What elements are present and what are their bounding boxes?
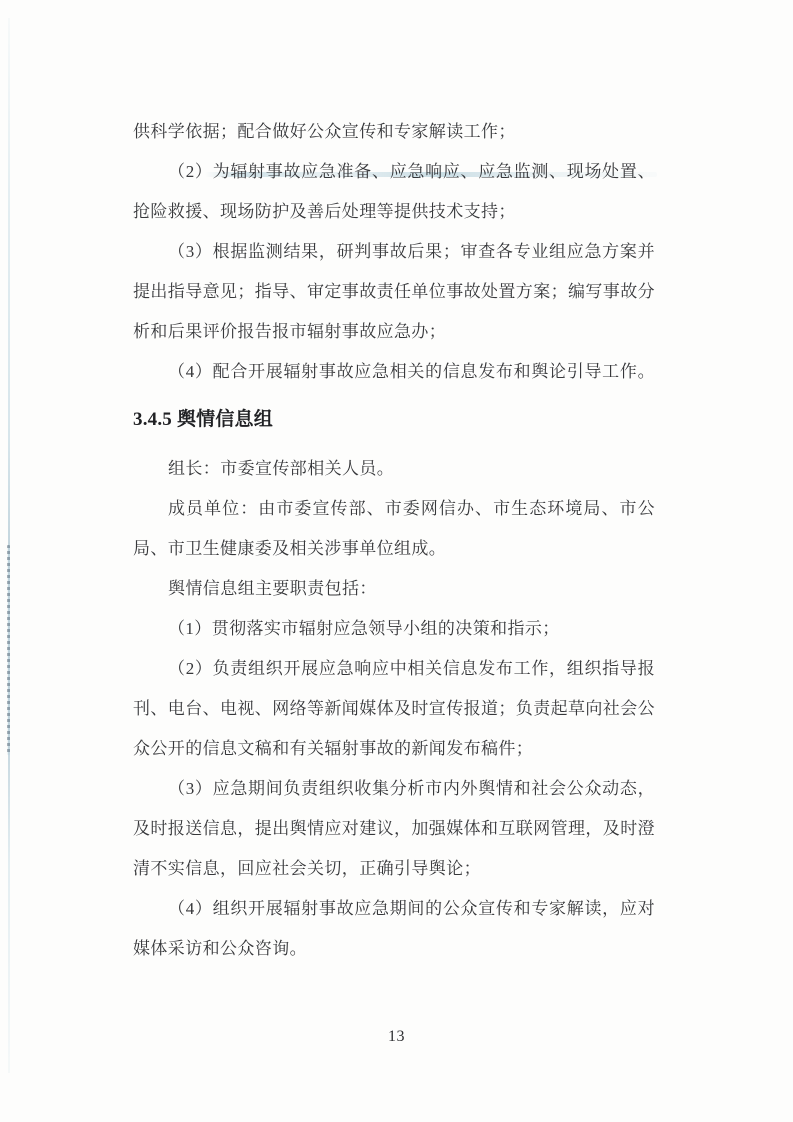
text-line: （4）组织开展辐射事故应急期间的公众宣传和专家解读，应对 [133, 889, 655, 929]
text-line: 众公开的信息文稿和有关辐射事故的新闻发布稿件； [133, 729, 655, 769]
document-page: 供科学依据；配合做好公众宣传和专家解读工作；（2）为辐射事故应急准备、应急响应、… [0, 0, 793, 1122]
page-number: 13 [0, 1028, 793, 1046]
text-line: （2）负责组织开展应急响应中相关信息发布工作，组织指导报 [133, 649, 655, 689]
text-line: 媒体采访和公众咨询。 [133, 929, 655, 969]
document-body: 供科学依据；配合做好公众宣传和专家解读工作；（2）为辐射事故应急准备、应急响应、… [133, 112, 655, 969]
text-line: （3）根据监测结果，研判事故后果；审查各专业组应急方案并 [133, 232, 655, 272]
text-line: 析和后果评价报告报市辐射事故应急办； [133, 312, 655, 352]
text-line: 组长：市委宣传部相关人员。 [133, 449, 655, 489]
scan-edge-line-artifact [8, 18, 10, 1073]
scan-edge-dashes-artifact [7, 545, 10, 755]
text-line: 成员单位：由市委宣传部、市委网信办、市生态环境局、市公安 [133, 489, 655, 529]
text-line: 抢险救援、现场防护及善后处理等提供技术支持； [133, 192, 655, 232]
text-line: 舆情信息组主要职责包括： [133, 569, 655, 609]
text-line: 供科学依据；配合做好公众宣传和专家解读工作； [133, 112, 655, 152]
text-line: 局、市卫生健康委及相关涉事单位组成。 [133, 529, 655, 569]
text-line: 刊、电台、电视、网络等新闻媒体及时宣传报道；负责起草向社会公 [133, 689, 655, 729]
text-line: （3）应急期间负责组织收集分析市内外舆情和社会公众动态， [133, 769, 655, 809]
text-line: （4）配合开展辐射事故应急相关的信息发布和舆论引导工作。 [133, 352, 655, 392]
section-heading: 3.4.5 舆情信息组 [133, 400, 655, 440]
text-line: 清不实信息，回应社会关切，正确引导舆论； [133, 849, 655, 889]
text-line: （1）贯彻落实市辐射应急领导小组的决策和指示； [133, 609, 655, 649]
text-line: （2）为辐射事故应急准备、应急响应、应急监测、现场处置、 [133, 152, 655, 192]
text-line: 提出指导意见；指导、审定事故责任单位事故处置方案；编写事故分 [133, 272, 655, 312]
text-line: 及时报送信息，提出舆情应对建议，加强媒体和互联网管理，及时澄 [133, 809, 655, 849]
